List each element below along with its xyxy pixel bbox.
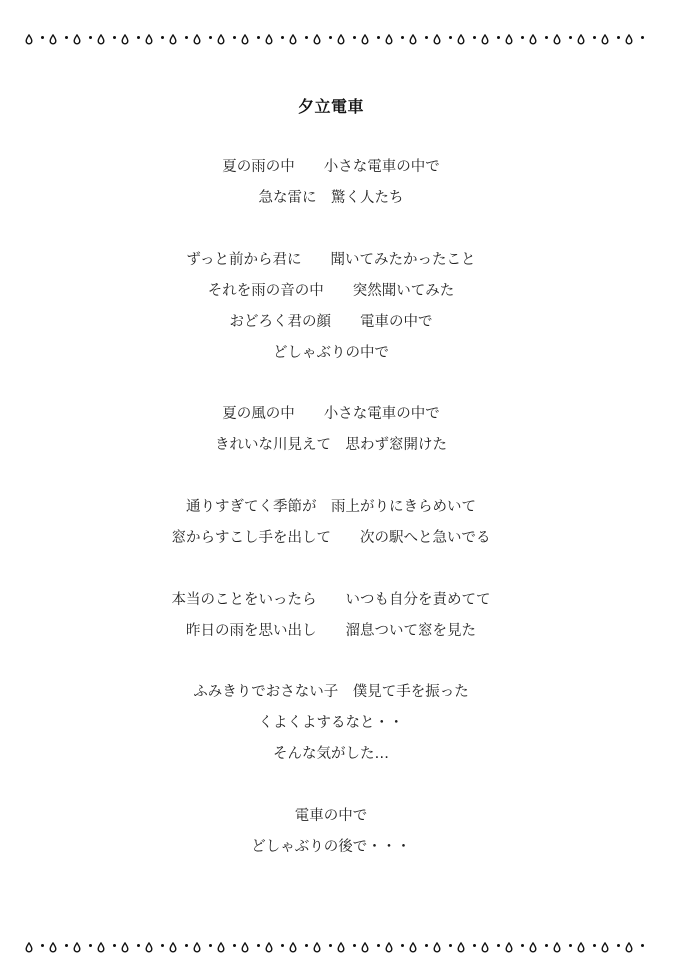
dot-icon bbox=[641, 36, 644, 39]
dot-icon bbox=[89, 36, 92, 39]
droplet-outline-icon bbox=[121, 34, 129, 45]
lyric-line: 夏の風の中 小さな電車の中で bbox=[0, 404, 662, 424]
dot-icon bbox=[65, 36, 68, 39]
bottom-border bbox=[0, 941, 694, 955]
droplet-outline-icon bbox=[361, 942, 369, 953]
dot-icon bbox=[161, 36, 164, 39]
droplet-outline-icon bbox=[505, 942, 513, 953]
droplet-outline-icon bbox=[529, 34, 537, 45]
droplet-outline-icon bbox=[217, 34, 225, 45]
droplet-outline-icon bbox=[145, 942, 153, 953]
top-border bbox=[0, 33, 694, 47]
dot-icon bbox=[281, 944, 284, 947]
dot-icon bbox=[329, 36, 332, 39]
droplet-outline-icon bbox=[97, 34, 105, 45]
lyric-line: どしゃぶりの中で bbox=[0, 343, 662, 363]
dot-icon bbox=[545, 36, 548, 39]
droplet-outline-icon bbox=[457, 942, 465, 953]
dot-icon bbox=[569, 944, 572, 947]
dot-icon bbox=[449, 944, 452, 947]
dot-icon bbox=[353, 36, 356, 39]
droplet-outline-icon bbox=[601, 942, 609, 953]
dot-icon bbox=[257, 36, 260, 39]
dot-icon bbox=[449, 36, 452, 39]
dot-icon bbox=[137, 36, 140, 39]
droplet-outline-icon bbox=[577, 942, 585, 953]
dot-icon bbox=[41, 944, 44, 947]
dot-icon bbox=[377, 36, 380, 39]
dot-icon bbox=[161, 944, 164, 947]
droplet-outline-icon bbox=[217, 942, 225, 953]
lyric-line: 通りすぎてく季節が 雨上がりにきらめいて bbox=[0, 497, 662, 517]
lyric-line: 電車の中で bbox=[0, 806, 662, 826]
dot-icon bbox=[209, 36, 212, 39]
dot-icon bbox=[617, 944, 620, 947]
dot-icon bbox=[401, 36, 404, 39]
dot-icon bbox=[401, 944, 404, 947]
dot-icon bbox=[641, 944, 644, 947]
droplet-outline-icon bbox=[625, 34, 633, 45]
dot-icon bbox=[113, 944, 116, 947]
droplet-outline-icon bbox=[49, 34, 57, 45]
dot-icon bbox=[257, 944, 260, 947]
droplet-outline-icon bbox=[481, 34, 489, 45]
droplet-outline-icon bbox=[265, 942, 273, 953]
lyric-line: くよくよするなと・・ bbox=[0, 713, 662, 733]
droplet-outline-icon bbox=[553, 942, 561, 953]
droplet-outline-icon bbox=[289, 34, 297, 45]
droplet-outline-icon bbox=[361, 34, 369, 45]
dot-icon bbox=[281, 36, 284, 39]
lyric-line: それを雨の音の中 突然聞いてみた bbox=[0, 281, 662, 301]
droplet-outline-icon bbox=[97, 942, 105, 953]
lyric-line: 窓からすこし手を出して 次の駅へと急いでる bbox=[0, 528, 662, 548]
droplet-outline-icon bbox=[601, 34, 609, 45]
dot-icon bbox=[233, 36, 236, 39]
page-title: 夕立電車 bbox=[0, 94, 662, 117]
lyric-line: ずっと前から君に 聞いてみたかったこと bbox=[0, 250, 662, 270]
droplet-outline-icon bbox=[193, 34, 201, 45]
lyric-line: おどろく君の顔 電車の中で bbox=[0, 312, 662, 332]
droplet-outline-icon bbox=[625, 942, 633, 953]
droplet-outline-icon bbox=[73, 942, 81, 953]
droplet-outline-icon bbox=[553, 34, 561, 45]
dot-icon bbox=[329, 944, 332, 947]
dot-icon bbox=[593, 36, 596, 39]
dot-icon bbox=[521, 36, 524, 39]
dot-icon bbox=[497, 36, 500, 39]
droplet-outline-icon bbox=[265, 34, 273, 45]
dot-icon bbox=[617, 36, 620, 39]
dot-icon bbox=[113, 36, 116, 39]
dot-icon bbox=[473, 36, 476, 39]
droplet-outline-icon bbox=[529, 942, 537, 953]
droplet-outline-icon bbox=[457, 34, 465, 45]
droplet-outline-icon bbox=[337, 942, 345, 953]
droplet-outline-icon bbox=[313, 34, 321, 45]
droplet-outline-icon bbox=[25, 942, 33, 953]
dot-icon bbox=[473, 944, 476, 947]
droplet-outline-icon bbox=[385, 942, 393, 953]
dot-icon bbox=[233, 944, 236, 947]
lyric-line: 急な雷に 驚く人たち bbox=[0, 188, 662, 208]
dot-icon bbox=[353, 944, 356, 947]
dot-icon bbox=[425, 36, 428, 39]
dot-icon bbox=[65, 944, 68, 947]
droplet-outline-icon bbox=[505, 34, 513, 45]
dot-icon bbox=[545, 944, 548, 947]
dot-icon bbox=[497, 944, 500, 947]
dot-icon bbox=[89, 944, 92, 947]
dot-icon bbox=[209, 944, 212, 947]
droplet-outline-icon bbox=[145, 34, 153, 45]
droplet-outline-icon bbox=[73, 34, 81, 45]
droplet-outline-icon bbox=[433, 942, 441, 953]
droplet-outline-icon bbox=[313, 942, 321, 953]
dot-icon bbox=[185, 944, 188, 947]
lyric-line: きれいな川見えて 思わず窓開けた bbox=[0, 435, 662, 455]
dot-icon bbox=[185, 36, 188, 39]
droplet-outline-icon bbox=[385, 34, 393, 45]
dot-icon bbox=[425, 944, 428, 947]
lyric-line: 夏の雨の中 小さな電車の中で bbox=[0, 157, 662, 177]
droplet-outline-icon bbox=[169, 34, 177, 45]
lyric-line: 本当のことをいったら いつも自分を責めてて bbox=[0, 590, 662, 610]
dot-icon bbox=[305, 944, 308, 947]
lyric-line: どしゃぶりの後で・・・ bbox=[0, 837, 662, 857]
lyric-line: そんな気がした… bbox=[0, 744, 662, 764]
dot-icon bbox=[305, 36, 308, 39]
lyric-line: 昨日の雨を思い出し 溜息ついて窓を見た bbox=[0, 621, 662, 641]
droplet-outline-icon bbox=[241, 942, 249, 953]
droplet-outline-icon bbox=[169, 942, 177, 953]
dot-icon bbox=[137, 944, 140, 947]
droplet-outline-icon bbox=[193, 942, 201, 953]
dot-icon bbox=[41, 36, 44, 39]
droplet-outline-icon bbox=[577, 34, 585, 45]
lyric-line: ふみきりでおさない子 僕見て手を振った bbox=[0, 682, 662, 702]
droplet-outline-icon bbox=[241, 34, 249, 45]
dot-icon bbox=[521, 944, 524, 947]
droplet-outline-icon bbox=[337, 34, 345, 45]
droplet-outline-icon bbox=[481, 942, 489, 953]
droplet-outline-icon bbox=[121, 942, 129, 953]
dot-icon bbox=[377, 944, 380, 947]
dot-icon bbox=[593, 944, 596, 947]
dot-icon bbox=[569, 36, 572, 39]
droplet-outline-icon bbox=[409, 34, 417, 45]
droplet-outline-icon bbox=[25, 34, 33, 45]
droplet-outline-icon bbox=[289, 942, 297, 953]
droplet-outline-icon bbox=[433, 34, 441, 45]
droplet-outline-icon bbox=[49, 942, 57, 953]
droplet-outline-icon bbox=[409, 942, 417, 953]
